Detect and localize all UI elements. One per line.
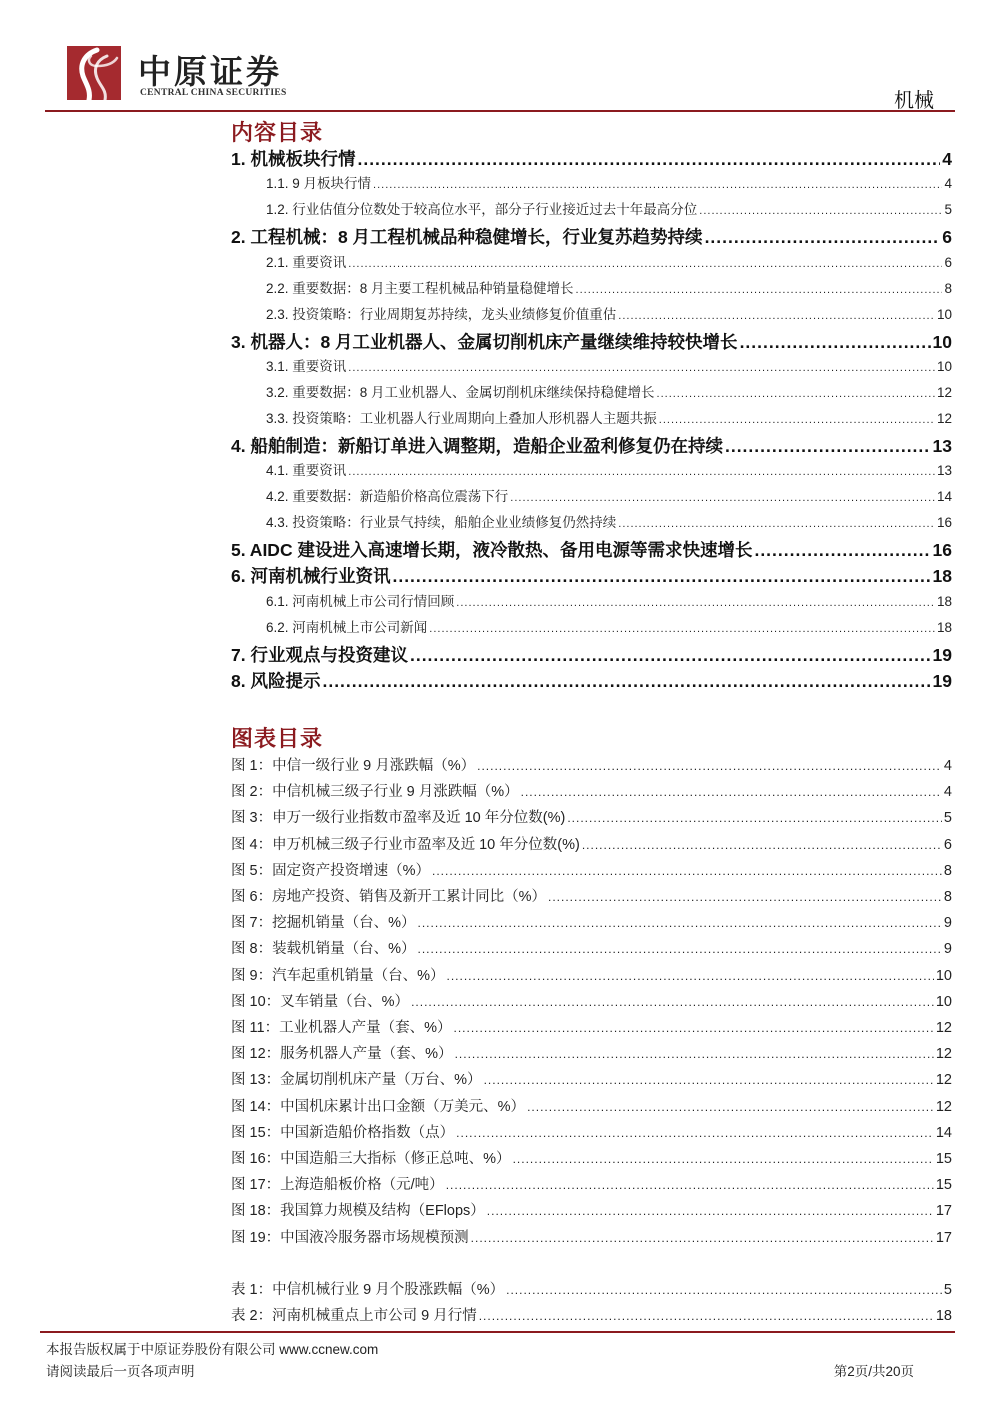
contents-entry[interactable]: 4.1. 重要资讯13 bbox=[266, 459, 952, 479]
contents-entry-label: 5. AIDC 建设进入高速增长期，液冷散热、备用电源等需求快速增长 bbox=[231, 537, 752, 562]
figure-entry-label: 图 10：叉车销量（台、%） bbox=[231, 990, 409, 1011]
contents-entry-page: 16 bbox=[937, 515, 952, 530]
figure-entry-label: 图 5：固定资产投资增速（%） bbox=[231, 859, 430, 880]
footer-disclaimer: 请阅读最后一页各项声明 bbox=[46, 1360, 195, 1380]
dot-leader bbox=[567, 810, 942, 826]
figure-entry[interactable]: 图 4：申万机械三级子行业市盈率及近 10 年分位数(%)6 bbox=[231, 833, 952, 855]
contents-entry[interactable]: 8. 风险提示19 bbox=[231, 668, 952, 692]
dot-leader bbox=[453, 1020, 933, 1036]
figure-entry[interactable]: 图 9：汽车起重机销量（台、%）10 bbox=[231, 964, 952, 986]
figure-entry-page: 15 bbox=[936, 1177, 952, 1193]
figure-entry-page: 12 bbox=[936, 1046, 952, 1062]
dot-leader bbox=[754, 540, 930, 561]
contents-entry-label: 7. 行业观点与投资建议 bbox=[231, 642, 408, 667]
figure-entry[interactable]: 图 1：中信一级行业 9 月涨跌幅（%）4 bbox=[231, 754, 952, 776]
table-entry-label: 表 1：中信机械行业 9 月个股涨跌幅（%） bbox=[231, 1278, 504, 1299]
contents-entry-page: 13 bbox=[937, 463, 952, 478]
contents-entry[interactable]: 3.3. 投资策略：工业机器人行业周期向上叠加人形机器人主题共振12 bbox=[266, 407, 952, 427]
figure-entry-page: 10 bbox=[936, 968, 952, 984]
dot-leader bbox=[477, 758, 942, 774]
contents-entry-page: 18 bbox=[937, 620, 952, 635]
dot-leader bbox=[455, 1046, 934, 1062]
contents-entry-page: 18 bbox=[933, 566, 952, 587]
contents-entry-label: 6.2. 河南机械上市公司新闻 bbox=[266, 616, 427, 636]
figure-entry-label: 图 16：中国造船三大指标（修正总吨、%） bbox=[231, 1147, 511, 1168]
company-logo-mark bbox=[67, 46, 121, 100]
figure-entry[interactable]: 图 17：上海造船板价格（元/吨）15 bbox=[231, 1173, 952, 1195]
contents-entry-label: 4.2. 重要数据：新造船价格高位震荡下行 bbox=[266, 485, 508, 505]
contents-entry[interactable]: 3. 机器人：8 月工业机器人、金属切削机床产量继续维持较快增长10 bbox=[231, 329, 952, 353]
dot-leader bbox=[322, 671, 930, 692]
contents-entry-page: 4 bbox=[944, 176, 952, 191]
figure-entry-page: 8 bbox=[944, 889, 952, 905]
figure-entry[interactable]: 图 11：工业机器人产量（套、%）12 bbox=[231, 1016, 952, 1038]
contents-entry-page: 6 bbox=[942, 227, 952, 248]
figure-entry[interactable]: 图 12：服务机器人产量（套、%）12 bbox=[231, 1042, 952, 1064]
dot-leader bbox=[479, 1308, 934, 1324]
dot-leader bbox=[357, 149, 940, 170]
contents-entry[interactable]: 3.2. 重要数据：8 月工业机器人、金属切削机床继续保持稳健增长12 bbox=[266, 381, 952, 401]
company-logo-cn: 中原证券 bbox=[138, 46, 282, 93]
figure-entry[interactable]: 图 7：挖掘机销量（台、%）9 bbox=[231, 911, 952, 933]
dot-leader bbox=[725, 436, 931, 457]
contents-entry-label: 3. 机器人：8 月工业机器人、金属切削机床产量继续维持较快增长 bbox=[231, 329, 738, 354]
dot-leader bbox=[348, 359, 935, 374]
contents-entry-page: 16 bbox=[933, 540, 952, 561]
dot-leader bbox=[659, 411, 935, 426]
contents-entry-page: 8 bbox=[944, 281, 952, 296]
figure-entry-label: 图 17：上海造船板价格（元/吨） bbox=[231, 1173, 444, 1194]
contents-entry-label: 2.3. 投资策略：行业周期复苏持续，龙头业绩修复价值重估 bbox=[266, 303, 616, 323]
figures-heading: 图表目录 bbox=[231, 722, 323, 753]
figure-entry-page: 15 bbox=[936, 1151, 952, 1167]
dot-leader bbox=[411, 994, 934, 1010]
contents-entry[interactable]: 2.2. 重要数据：8 月主要工程机械品种销量稳健增长8 bbox=[266, 277, 952, 297]
figure-entry-page: 12 bbox=[936, 1072, 952, 1088]
contents-entry-label: 1. 机械板块行情 bbox=[231, 146, 355, 171]
contents-entry-label: 4.3. 投资策略：行业景气持续，船舶企业业绩修复仍然持续 bbox=[266, 511, 616, 531]
figure-entry[interactable]: 图 13：金属切削机床产量（万台、%）12 bbox=[231, 1068, 952, 1090]
dot-leader bbox=[348, 463, 935, 478]
contents-entry-page: 10 bbox=[937, 359, 952, 374]
dot-leader bbox=[618, 515, 935, 530]
figure-entry-page: 17 bbox=[936, 1230, 952, 1246]
figure-entry[interactable]: 图 16：中国造船三大指标（修正总吨、%）15 bbox=[231, 1147, 952, 1169]
dot-leader bbox=[471, 1230, 934, 1246]
dot-leader bbox=[392, 566, 930, 587]
figure-entry[interactable]: 图 10：叉车销量（台、%）10 bbox=[231, 990, 952, 1012]
contents-entry[interactable]: 6. 河南机械行业资讯18 bbox=[231, 563, 952, 587]
contents-entry-label: 2.1. 重要资讯 bbox=[266, 251, 346, 271]
footer-page-info: 第2页/共20页 bbox=[834, 1360, 914, 1380]
contents-entry-page: 5 bbox=[944, 202, 952, 217]
figure-entry-page: 4 bbox=[944, 758, 952, 774]
table-entry-label: 表 2：河南机械重点上市公司 9 月行情 bbox=[231, 1304, 477, 1325]
dot-leader bbox=[456, 594, 935, 609]
figure-entry[interactable]: 图 5：固定资产投资增速（%）8 bbox=[231, 859, 952, 881]
table-entry[interactable]: 表 1：中信机械行业 9 月个股涨跌幅（%）5 bbox=[231, 1278, 952, 1300]
contents-entry[interactable]: 6.2. 河南机械上市公司新闻18 bbox=[266, 616, 952, 636]
figure-entry[interactable]: 图 6：房地产投资、销售及新开工累计同比（%）8 bbox=[231, 885, 952, 907]
figure-entry-label: 图 19：中国液冷服务器市场规模预测 bbox=[231, 1226, 469, 1247]
contents-entry-page: 10 bbox=[937, 307, 952, 322]
figure-entry-label: 图 6：房地产投资、销售及新开工累计同比（%） bbox=[231, 885, 546, 906]
dot-leader bbox=[521, 784, 942, 800]
dot-leader bbox=[513, 1151, 934, 1167]
sector-label: 机械 bbox=[894, 84, 934, 113]
contents-entry-page: 6 bbox=[944, 255, 952, 270]
contents-entry-page: 13 bbox=[933, 436, 952, 457]
contents-entry[interactable]: 4.2. 重要数据：新造船价格高位震荡下行14 bbox=[266, 485, 952, 505]
contents-entry-label: 3.2. 重要数据：8 月工业机器人、金属切削机床继续保持稳健增长 bbox=[266, 381, 655, 401]
contents-entry[interactable]: 2.1. 重要资讯6 bbox=[266, 251, 952, 271]
figure-entry-page: 12 bbox=[936, 1099, 952, 1115]
contents-heading: 内容目录 bbox=[231, 116, 323, 147]
contents-entry[interactable]: 1.1. 9 月板块行情4 bbox=[266, 172, 952, 192]
table-entry[interactable]: 表 2：河南机械重点上市公司 9 月行情18 bbox=[231, 1304, 952, 1326]
dot-leader bbox=[487, 1203, 934, 1219]
figure-entry-page: 12 bbox=[936, 1020, 952, 1036]
figure-entry[interactable]: 图 8：装载机销量（台、%）9 bbox=[231, 937, 952, 959]
figure-entry-page: 5 bbox=[944, 810, 952, 826]
contents-entry-page: 10 bbox=[933, 332, 952, 353]
contents-entry-label: 6. 河南机械行业资讯 bbox=[231, 563, 390, 588]
figure-entry-label: 图 13：金属切削机床产量（万台、%） bbox=[231, 1068, 482, 1089]
dot-leader bbox=[657, 385, 935, 400]
figure-entry[interactable]: 图 2：中信机械三级子行业 9 月涨跌幅（%）4 bbox=[231, 780, 952, 802]
contents-entry-label: 4.1. 重要资讯 bbox=[266, 459, 346, 479]
contents-entry-label: 3.3. 投资策略：工业机器人行业周期向上叠加人形机器人主题共振 bbox=[266, 407, 657, 427]
contents-entry-page: 19 bbox=[933, 645, 952, 666]
figure-entry-label: 图 11：工业机器人产量（套、%） bbox=[231, 1016, 451, 1037]
contents-entry-label: 2. 工程机械：8 月工程机械品种稳健增长，行业复苏趋势持续 bbox=[231, 224, 703, 249]
contents-entry[interactable]: 1.2. 行业估值分位数处于较高位水平，部分子行业接近过去十年最高分位5 bbox=[266, 198, 952, 218]
contents-entry[interactable]: 4. 船舶制造：新船订单进入调整期，造船企业盈利修复仍在持续13 bbox=[231, 433, 952, 457]
figure-entry-label: 图 14：中国机床累计出口金额（万美元、%） bbox=[231, 1095, 525, 1116]
figure-entry-label: 图 9：汽车起重机销量（台、%） bbox=[231, 964, 445, 985]
contents-entry-label: 1.2. 行业估值分位数处于较高位水平，部分子行业接近过去十年最高分位 bbox=[266, 198, 697, 218]
figure-entry-label: 图 4：申万机械三级子行业市盈率及近 10 年分位数(%) bbox=[231, 833, 580, 854]
dot-leader bbox=[484, 1072, 934, 1088]
contents-entry[interactable]: 1. 机械板块行情4 bbox=[231, 146, 952, 170]
contents-entry-label: 1.1. 9 月板块行情 bbox=[266, 172, 371, 192]
contents-entry[interactable]: 7. 行业观点与投资建议19 bbox=[231, 642, 952, 666]
contents-entry[interactable]: 2.3. 投资策略：行业周期复苏持续，龙头业绩修复价值重估10 bbox=[266, 303, 952, 323]
company-logo-en: CENTRAL CHINA SECURITIES bbox=[140, 88, 287, 98]
contents-entry-page: 4 bbox=[942, 149, 952, 170]
figure-entry-label: 图 15：中国新造船价格指数（点） bbox=[231, 1121, 454, 1142]
figure-entry-page: 9 bbox=[944, 941, 952, 957]
figure-entry-label: 图 1：中信一级行业 9 月涨跌幅（%） bbox=[231, 754, 475, 775]
figure-entry-label: 图 3：申万一级行业指数市盈率及近 10 年分位数(%) bbox=[231, 806, 565, 827]
dot-leader bbox=[432, 863, 942, 879]
figure-entry-label: 图 12：服务机器人产量（套、%） bbox=[231, 1042, 453, 1063]
dot-leader bbox=[699, 202, 942, 217]
figure-entry-label: 图 18：我国算力规模及结构（EFlops） bbox=[231, 1199, 485, 1220]
footer-copyright: 本报告版权属于中原证券股份有限公司 www.ccnew.com bbox=[46, 1338, 378, 1358]
dot-leader bbox=[373, 176, 942, 191]
figure-entry-label: 图 7：挖掘机销量（台、%） bbox=[231, 911, 416, 932]
dot-leader bbox=[705, 227, 941, 248]
figure-entry[interactable]: 图 18：我国算力规模及结构（EFlops）17 bbox=[231, 1199, 952, 1221]
logo-swirl-icon bbox=[67, 46, 121, 100]
contents-entry-page: 19 bbox=[933, 671, 952, 692]
dot-leader bbox=[618, 307, 935, 322]
dot-leader bbox=[446, 1177, 934, 1193]
figure-entry[interactable]: 图 19：中国液冷服务器市场规模预测17 bbox=[231, 1226, 952, 1248]
dot-leader bbox=[510, 489, 935, 504]
contents-entry-label: 6.1. 河南机械上市公司行情回顾 bbox=[266, 590, 454, 610]
figure-entry-page: 4 bbox=[944, 784, 952, 800]
contents-entry-label: 3.1. 重要资讯 bbox=[266, 355, 346, 375]
dot-leader bbox=[548, 889, 942, 905]
dot-leader bbox=[506, 1282, 942, 1298]
contents-entry-label: 8. 风险提示 bbox=[231, 668, 320, 693]
contents-entry[interactable]: 4.3. 投资策略：行业景气持续，船舶企业业绩修复仍然持续16 bbox=[266, 511, 952, 531]
contents-entry-label: 2.2. 重要数据：8 月主要工程机械品种销量稳健增长 bbox=[266, 277, 574, 297]
dot-leader bbox=[456, 1125, 934, 1141]
contents-entry[interactable]: 5. AIDC 建设进入高速增长期，液冷散热、备用电源等需求快速增长16 bbox=[231, 537, 952, 561]
contents-entry-page: 12 bbox=[937, 385, 952, 400]
table-entry-page: 5 bbox=[944, 1282, 952, 1298]
contents-entry[interactable]: 2. 工程机械：8 月工程机械品种稳健增长，行业复苏趋势持续6 bbox=[231, 224, 952, 248]
figure-entry[interactable]: 图 15：中国新造船价格指数（点）14 bbox=[231, 1121, 952, 1143]
figure-entry-page: 14 bbox=[936, 1125, 952, 1141]
header-divider bbox=[45, 110, 955, 112]
figure-entry-page: 6 bbox=[944, 837, 952, 853]
figure-entry-page: 17 bbox=[936, 1203, 952, 1219]
contents-entry-page: 12 bbox=[937, 411, 952, 426]
dot-leader bbox=[576, 281, 943, 296]
dot-leader bbox=[740, 332, 931, 353]
contents-entry[interactable]: 6.1. 河南机械上市公司行情回顾18 bbox=[266, 590, 952, 610]
footer-divider bbox=[40, 1331, 955, 1333]
dot-leader bbox=[582, 837, 942, 853]
figure-entry-page: 10 bbox=[936, 994, 952, 1010]
figure-entry-page: 9 bbox=[944, 915, 952, 931]
contents-entry-page: 18 bbox=[937, 594, 952, 609]
dot-leader bbox=[418, 941, 942, 957]
dot-leader bbox=[348, 255, 942, 270]
contents-entry-page: 14 bbox=[937, 489, 952, 504]
dot-leader bbox=[418, 915, 942, 931]
dot-leader bbox=[410, 645, 931, 666]
dot-leader bbox=[447, 968, 934, 984]
figure-entry-label: 图 8：装载机销量（台、%） bbox=[231, 937, 416, 958]
table-entry-page: 18 bbox=[936, 1308, 952, 1324]
dot-leader bbox=[429, 620, 935, 635]
figure-entry-page: 8 bbox=[944, 863, 952, 879]
contents-entry[interactable]: 3.1. 重要资讯10 bbox=[266, 355, 952, 375]
contents-entry-label: 4. 船舶制造：新船订单进入调整期，造船企业盈利修复仍在持续 bbox=[231, 433, 723, 458]
figure-entry-label: 图 2：中信机械三级子行业 9 月涨跌幅（%） bbox=[231, 780, 519, 801]
dot-leader bbox=[527, 1099, 934, 1115]
figure-entry[interactable]: 图 3：申万一级行业指数市盈率及近 10 年分位数(%)5 bbox=[231, 806, 952, 828]
figure-entry[interactable]: 图 14：中国机床累计出口金额（万美元、%）12 bbox=[231, 1095, 952, 1117]
